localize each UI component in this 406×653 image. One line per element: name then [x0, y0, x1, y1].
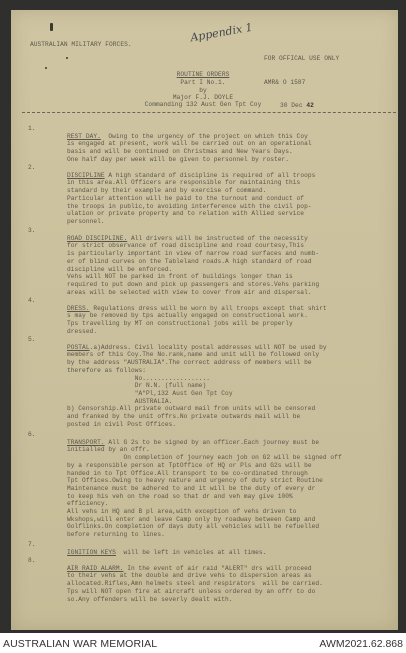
order-heading: POSTAL: [67, 344, 90, 351]
order-line: Maintenance must be adhered to and it wi…: [67, 485, 342, 493]
order-line: er of blind curves on the Tableland road…: [67, 258, 319, 266]
address-line: No..................: [67, 375, 327, 383]
ink-mark: [50, 23, 53, 31]
order-line: Vehs will NOT be parked in front of buil…: [67, 273, 319, 281]
order-line: On completion of journey each job on G2 …: [67, 454, 342, 462]
order-ignition-keys: IGNITION KEYS will be left in vehicles a…: [67, 541, 266, 556]
address-line: Dr N.N. (full name): [67, 382, 327, 390]
order-line: ulation or private property and to relat…: [67, 210, 315, 218]
order-line: handed in to Tpt Office.All transport to…: [67, 470, 342, 478]
archive-accession-number: AWM2021.62.868: [319, 638, 403, 650]
order-line: A high standard of discipline is require…: [105, 172, 316, 179]
order-heading: DRESS.: [67, 305, 90, 312]
order-line: Owing to the urgency of the project on w…: [101, 133, 308, 140]
order-line: All vehs in HQ and B pl area,with except…: [67, 508, 342, 516]
order-line: Wkshops,will enter and leave Camp only b…: [67, 516, 342, 524]
order-line: Tps travelling by MT on constructional j…: [67, 320, 327, 328]
address-line: AUSTRALIA.: [67, 398, 327, 406]
order-line: the troops in public,to avoiding interfe…: [67, 203, 315, 211]
order-postal: POSTAL.a)Address. Civil locality postal …: [67, 336, 327, 428]
order-line: will be left in vehicles at all times.: [116, 549, 267, 556]
order-line: for strict observance of road discipline…: [67, 242, 319, 250]
order-line: dressed.: [67, 328, 327, 336]
order-line: standard by their example and by exercis…: [67, 187, 315, 195]
order-line: All G 2s to be signed by an officer.Each…: [105, 439, 320, 446]
order-line: Golflinks.On completion of days duty all…: [67, 523, 342, 531]
order-line: initialled by an offr.: [67, 446, 342, 454]
order-line: b) Censorship.All private outward mail f…: [67, 405, 327, 413]
order-line: members of this Coy.The No.rank,name and…: [67, 351, 327, 359]
ink-speck: [66, 57, 68, 59]
order-line: in this area.All Officers are responsibl…: [67, 179, 315, 187]
order-line: posted in civil Post Offices.: [67, 421, 327, 429]
order-line: areas will be selected with view to cove…: [67, 289, 319, 297]
address-line: "A"Pl,132 Aust Gen Tpt Coy: [67, 390, 327, 398]
order-heading: TRANSPORT.: [67, 439, 105, 446]
order-line: required to put down and pick up passeng…: [67, 281, 319, 289]
order-line: In the event of air raid "ALERT" drs wil…: [123, 565, 311, 572]
order-line: Tpt Offices.Owing to heavy nature and ur…: [67, 477, 342, 485]
order-road-discipline: ROAD DISCIPLINE. All drivers will be ins…: [67, 227, 319, 296]
order-rest-day: REST DAY. Owing to the urgency of the pr…: [67, 125, 312, 164]
order-line: before returning to lines.: [67, 531, 342, 539]
header-organisation: AUSTRALIAN MILITARY FORCES.: [30, 41, 132, 49]
order-line: efficiency.: [67, 500, 342, 508]
order-number: 7.: [28, 541, 36, 549]
order-line: is engaged at present, work will be carr…: [67, 140, 312, 148]
order-line: to keep his veh on the road so that dr a…: [67, 493, 342, 501]
order-line: Regulations dress will be worn by all tr…: [90, 305, 327, 312]
order-line: All drivers will be instructed of the ne…: [127, 235, 308, 242]
order-line: personnel.: [67, 218, 315, 226]
ink-speck: [45, 67, 47, 69]
order-line: allocated.Rifles,Amn helmets steel and r…: [67, 580, 323, 588]
order-line: by the address "AUSTRALIA".The correct a…: [67, 359, 327, 367]
order-line: s may be removed by tps actually engaged…: [67, 312, 327, 320]
order-line: Particular attention will be paid to the…: [67, 195, 315, 203]
order-transport: TRANSPORT. All G 2s to be signed by an o…: [67, 431, 342, 539]
order-line: and franked by the unit offrs.No private…: [67, 413, 327, 421]
separator-line: [22, 112, 396, 113]
order-number: 8.: [28, 557, 36, 565]
order-line: .a)Address. Civil locality postal addres…: [90, 344, 327, 351]
order-line: to their vehs at the double and drive ve…: [67, 572, 323, 580]
order-line: Tps will NOT open fire at aircraft unles…: [67, 588, 323, 596]
order-number: 4.: [28, 297, 36, 305]
archive-caption: AUSTRALIAN WAR MEMORIAL: [3, 638, 157, 650]
order-number: 6.: [28, 431, 36, 439]
order-heading: ROAD DISCIPLINE.: [67, 235, 127, 242]
order-air-raid-alarm: AIR RAID ALARM. In the event of air raid…: [67, 557, 323, 603]
order-discipline: DISCIPLINE A high standard of discipline…: [67, 164, 315, 226]
order-heading: REST DAY.: [67, 133, 101, 140]
order-number: 3.: [28, 227, 36, 235]
order-line: discipline will be enforced.: [67, 266, 319, 274]
order-number: 5.: [28, 336, 36, 344]
classification-label: FOR OFFICAL USE ONLY: [264, 55, 339, 63]
order-line: One half day per week will be given to p…: [67, 156, 312, 164]
order-dress: DRESS. Regulations dress will be worn by…: [67, 297, 327, 336]
order-line: so.Any offenders will be severly dealt w…: [67, 596, 323, 604]
order-line: therefore as follows:: [67, 367, 327, 375]
order-line: basis and will be continued on Christmas…: [67, 148, 312, 156]
document-title: ROUTINE ORDERS: [0, 71, 406, 79]
order-number: 2.: [28, 164, 36, 172]
author-command: Commanding 132 Aust Gen Tpt Coy: [0, 101, 406, 109]
order-number: 1.: [28, 125, 36, 133]
order-heading: AIR RAID ALARM.: [67, 565, 123, 572]
document-part: Part I No.1.: [0, 79, 406, 87]
order-heading: DISCIPLINE: [67, 172, 105, 179]
order-heading: IGNITION KEYS: [67, 549, 116, 556]
order-line: by a responsible person at TptOffice of …: [67, 462, 342, 470]
order-line: is particularly important in view of nar…: [67, 250, 319, 258]
